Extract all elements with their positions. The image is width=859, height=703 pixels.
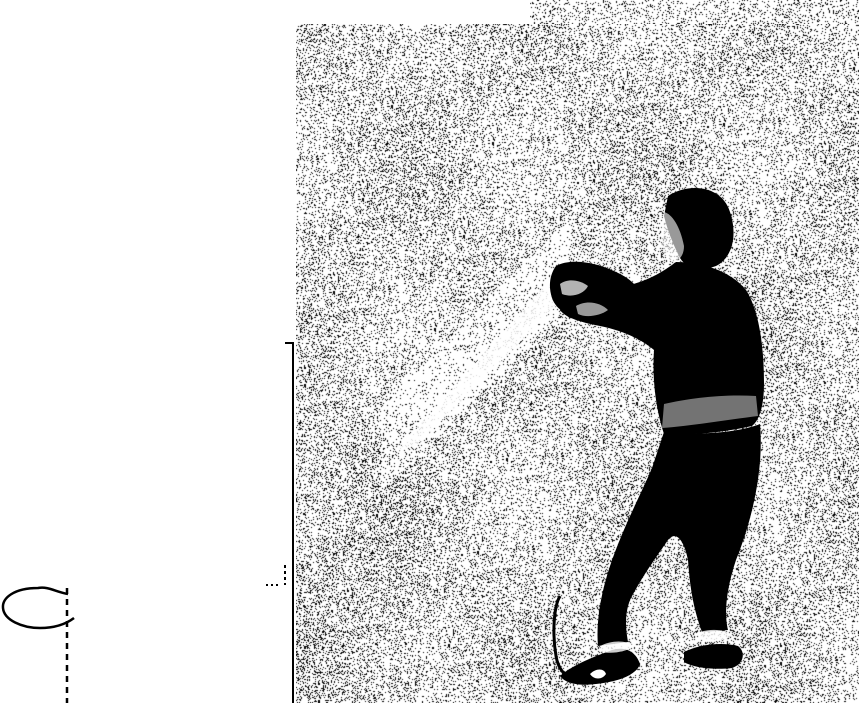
- figure-overlay: [0, 0, 859, 703]
- margin-bracket: [266, 343, 293, 703]
- practitioner-silhouette: [550, 188, 764, 685]
- bottom-left-loop-mark: [3, 588, 74, 703]
- sword-blade: [396, 282, 566, 452]
- sword-tassel: [554, 596, 574, 680]
- scanned-page: [0, 0, 859, 703]
